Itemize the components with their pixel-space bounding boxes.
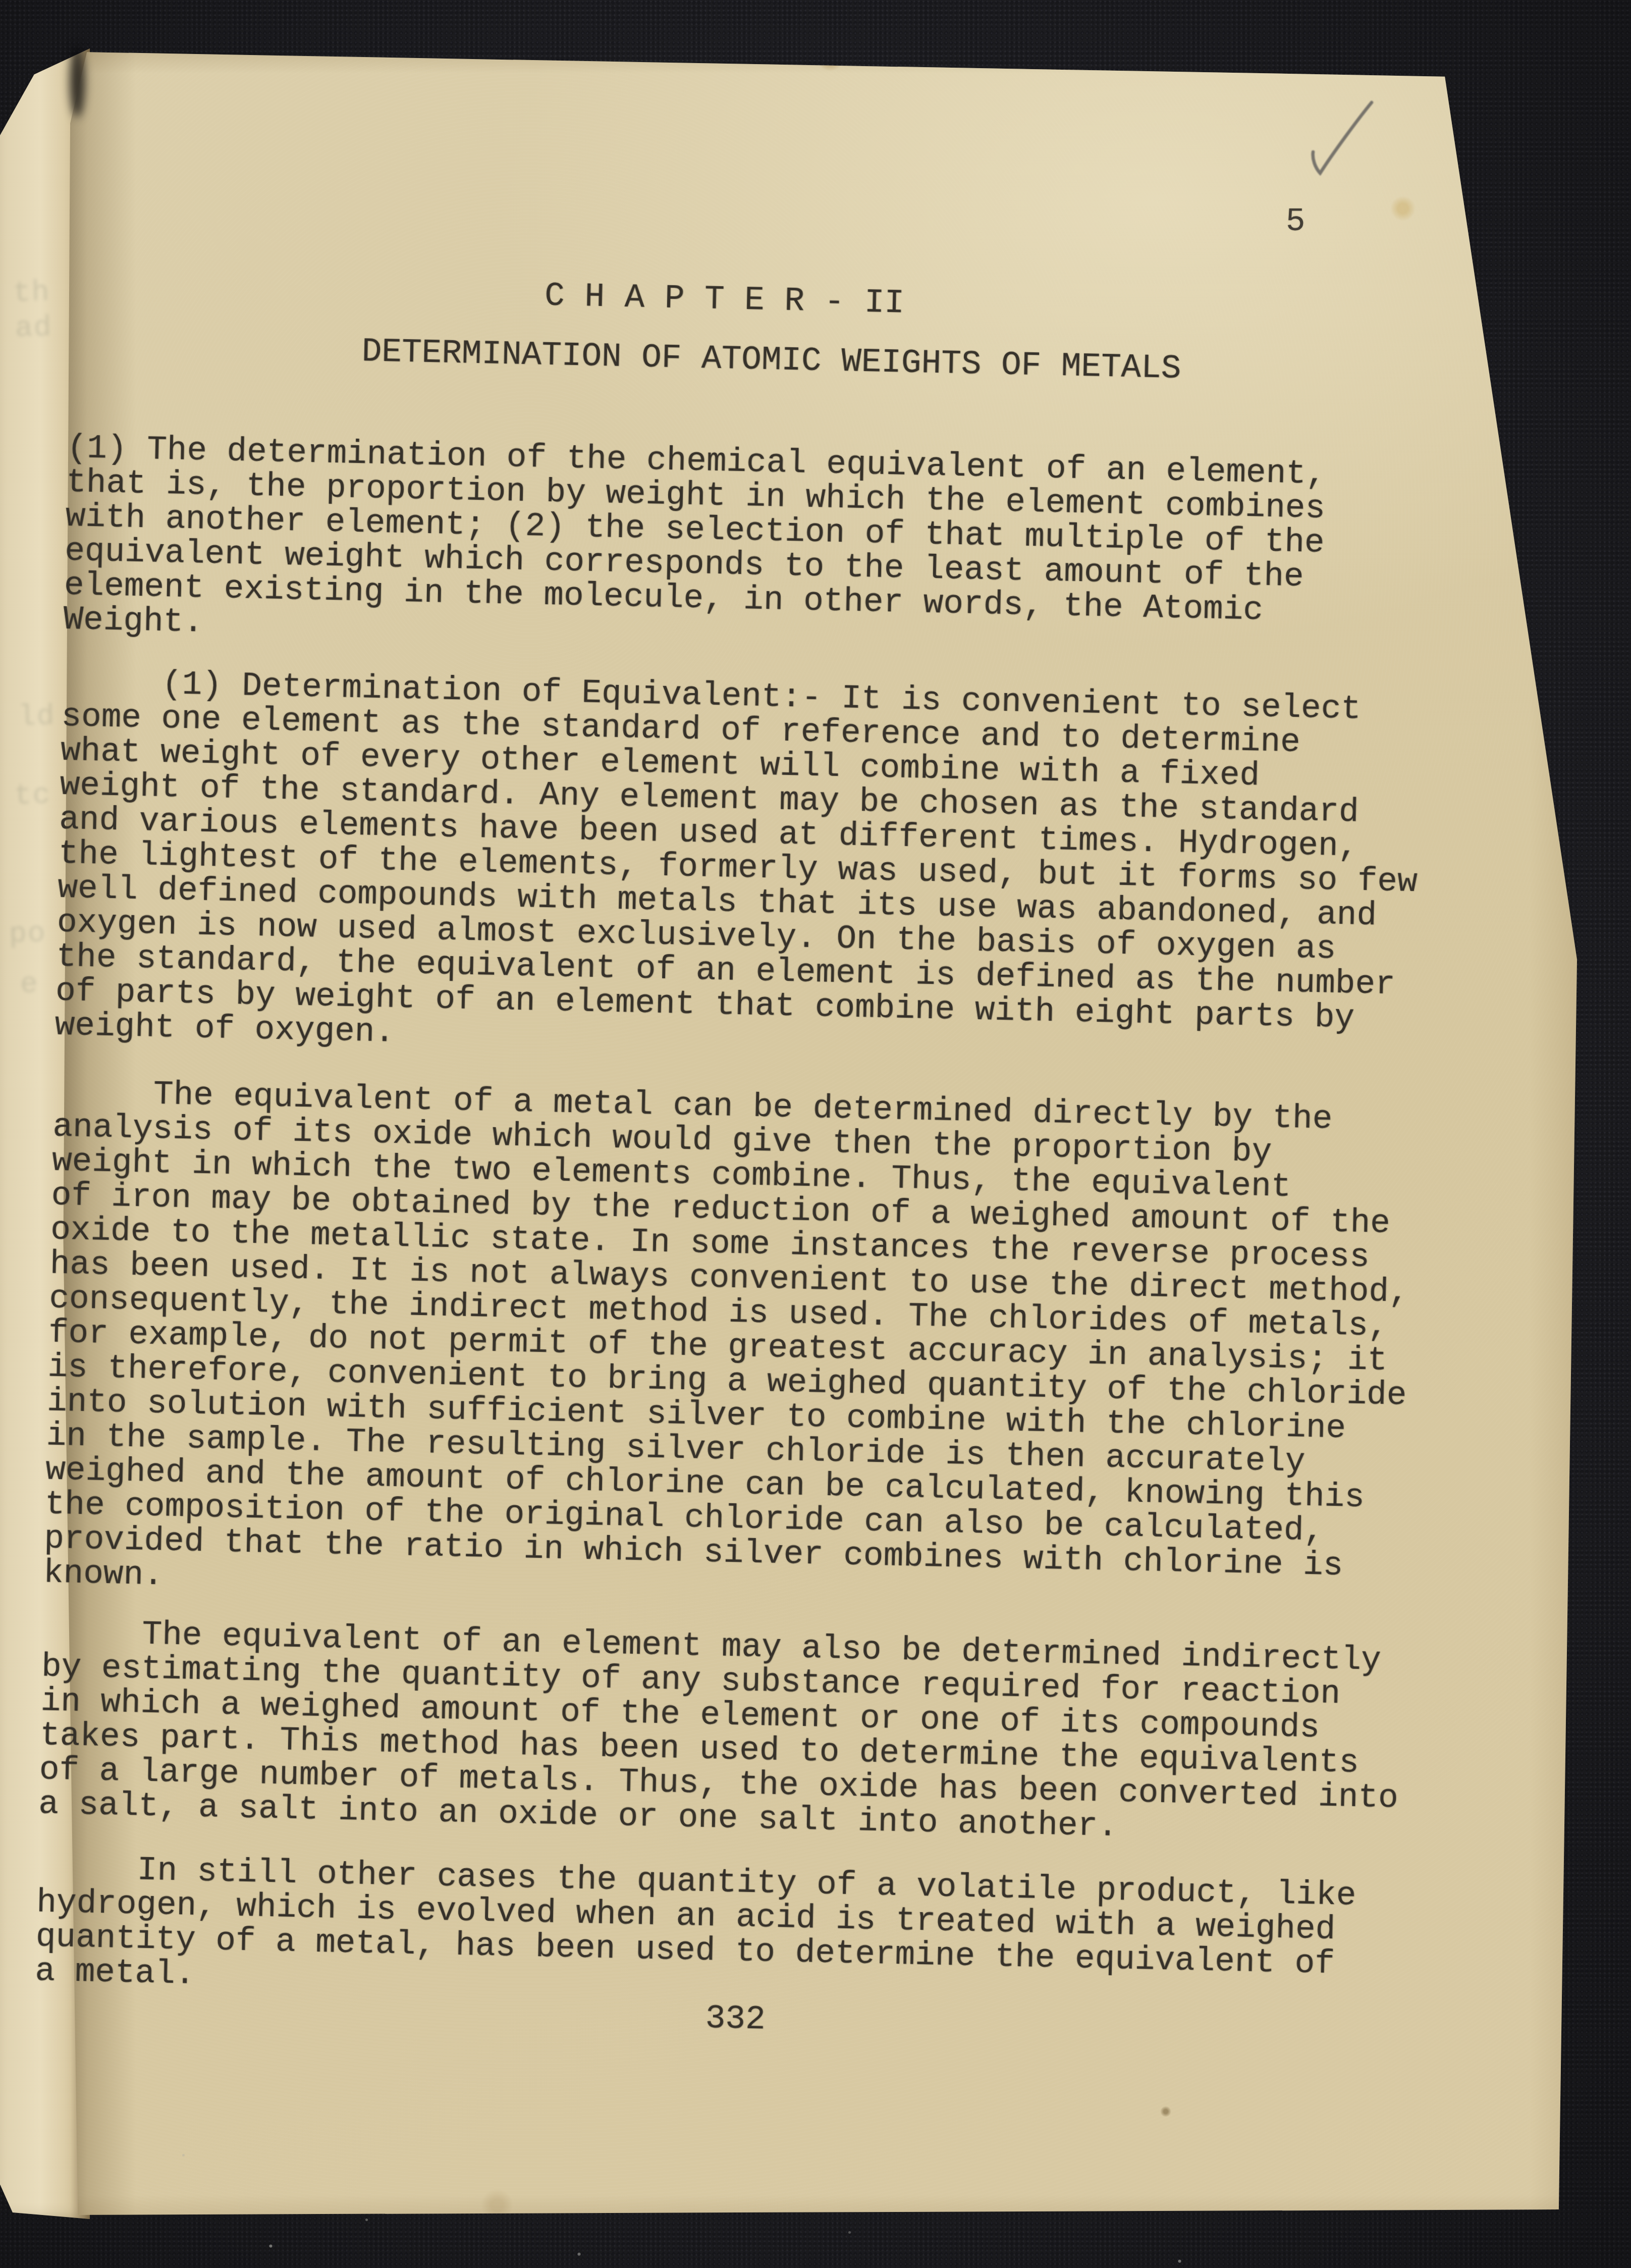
book-scan: { "page": { "page_number_top": "5", "pag…: [0, 0, 1631, 2268]
chapter-subtitle: DETERMINATION OF ATOMIC WEIGHTS OF METAL…: [361, 335, 1181, 386]
gutter-shadow: [70, 46, 85, 117]
paragraph-4: The equivalent of an element may also be…: [38, 1615, 1401, 1850]
page-number-bottom: 332: [705, 2001, 766, 2037]
pencil-checkmark-icon: [1297, 93, 1383, 189]
paragraph-5: In still other cases the quantity of a v…: [35, 1851, 1356, 2016]
bleed-through-text: ld: [18, 700, 56, 734]
bleed-through-text: po: [9, 917, 46, 951]
bleed-through-text: tc: [14, 779, 51, 813]
paragraph-3: The equivalent of a metal can be determi…: [43, 1076, 1412, 1619]
page-number-top: 5: [1286, 204, 1305, 240]
chapter-title: C H A P T E R - II: [545, 279, 905, 321]
bleed-through-text: th: [13, 276, 50, 310]
paragraph-1: (1) The determination of the chemical eq…: [63, 431, 1326, 663]
bleed-through-text: ad: [15, 311, 52, 345]
bleed-through-text: e: [20, 968, 39, 1001]
paragraph-2: (1) Determination of Equivalent:- It is …: [55, 665, 1421, 1071]
dust-specks: [0, 0, 2, 2]
typewritten-text: C H A P T E R - II DETERMINATION OF ATOM…: [32, 273, 1484, 2170]
